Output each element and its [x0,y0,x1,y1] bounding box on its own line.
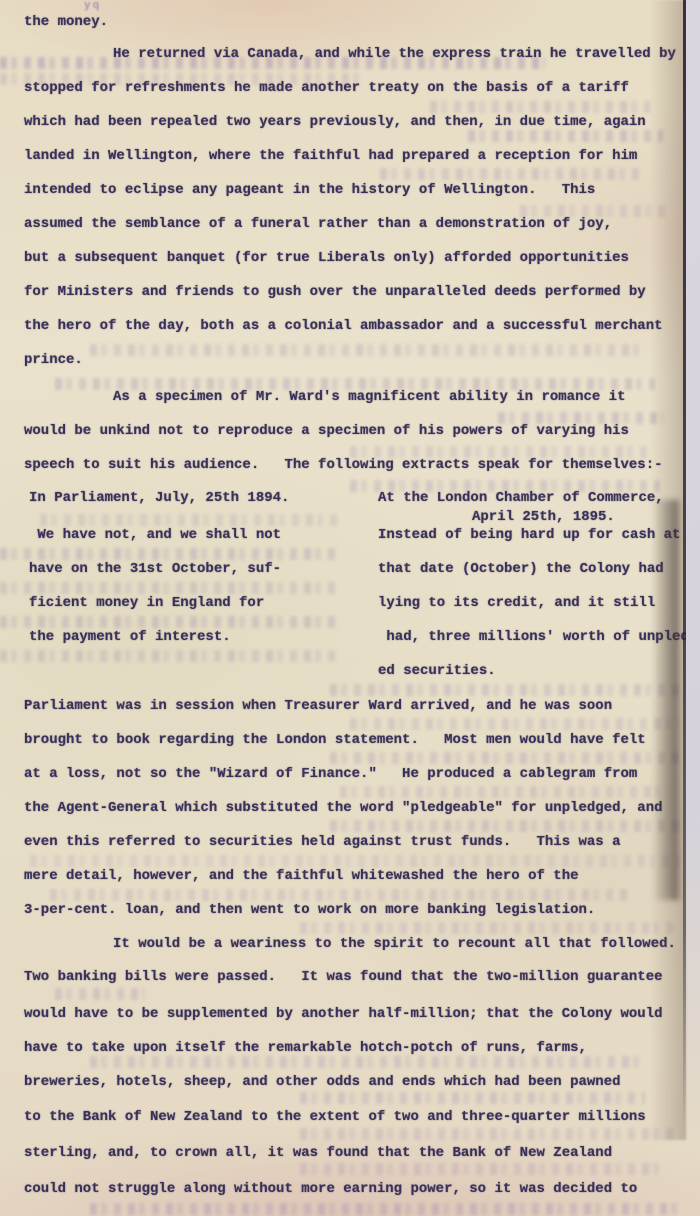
typescript-line: breweries, hotels, sheep, and other odds… [24,1075,621,1090]
typescript-line: would be unkind not to reproduce a speci… [24,424,629,439]
typescript-line: We have not, and we shall not [29,528,281,543]
typescript-line: ficient money in England for [29,596,264,611]
typescript-line: to the Bank of New Zealand to the extent… [24,1110,646,1125]
typescript-line: As a specimen of Mr. Ward's magnificent … [113,390,625,405]
typescript-line: the money. [24,15,108,30]
typescript-line: even this referred to securities held ag… [24,835,621,850]
typescript-line: ed securities. [378,664,496,679]
typescript-line: 3-per-cent. loan, and then went to work … [24,903,595,918]
page-edge-fold-shadow [653,500,679,900]
typescript-line: Instead of being hard up for cash at [378,528,680,543]
typescript-content: the money.He returned via Canada, and wh… [0,0,700,1216]
typescript-line: He returned via Canada, and while the ex… [113,47,676,62]
typescript-line: Two banking bills were passed. It was fo… [24,970,663,985]
typescript-line: stopped for refreshments he made another… [24,81,629,96]
typescript-line: April 25th, 1895. [472,510,615,525]
typescript-line: that date (October) the Colony had [378,562,664,577]
typescript-line: would have to be supplemented by another… [24,1007,663,1022]
typescript-line: which had been repealed two years previo… [24,115,646,130]
typescript-line: assumed the semblance of a funeral rathe… [24,217,612,232]
typescript-line: brought to book regarding the London sta… [24,733,646,748]
typescript-line: have on the 31st October, suf- [29,562,281,577]
typescript-line: the payment of interest. [29,630,231,645]
typescript-line: At the London Chamber of Commerce, [378,491,664,506]
typescript-line: sterling, and, to crown all, it was foun… [24,1146,612,1161]
typescript-line: lying to its credit, and it still [378,596,655,611]
typescript-line: Parliament was in session when Treasurer… [24,699,612,714]
typescript-line: at a loss, not so the "Wizard of Finance… [24,767,637,782]
document-page: yq the money.He returned via Canada, and… [0,0,700,1216]
typescript-line: prince. [24,353,83,368]
typescript-line: could not struggle along without more ea… [24,1182,637,1197]
typescript-line: for Ministers and friends to gush over t… [24,285,646,300]
typescript-line: In Parliament, July, 25th 1894. [29,491,289,506]
typescript-line: but a subsequent banquet (for true Liber… [24,251,629,266]
typescript-line: landed in Wellington, where the faithful… [24,149,637,164]
typescript-line: mere detail, however, and the faithful w… [24,869,579,884]
typescript-line: the hero of the day, both as a colonial … [24,319,663,334]
typescript-line: It would be a weariness to the spirit to… [113,937,676,952]
typescript-line: speech to suit his audience. The followi… [24,458,663,473]
typescript-line: the Agent-General which substituted the … [24,801,663,816]
typescript-line: intended to eclipse any pageant in the h… [24,183,595,198]
page-edge-background [686,0,700,1150]
typescript-line: have to take upon itself the remarkable … [24,1041,587,1056]
